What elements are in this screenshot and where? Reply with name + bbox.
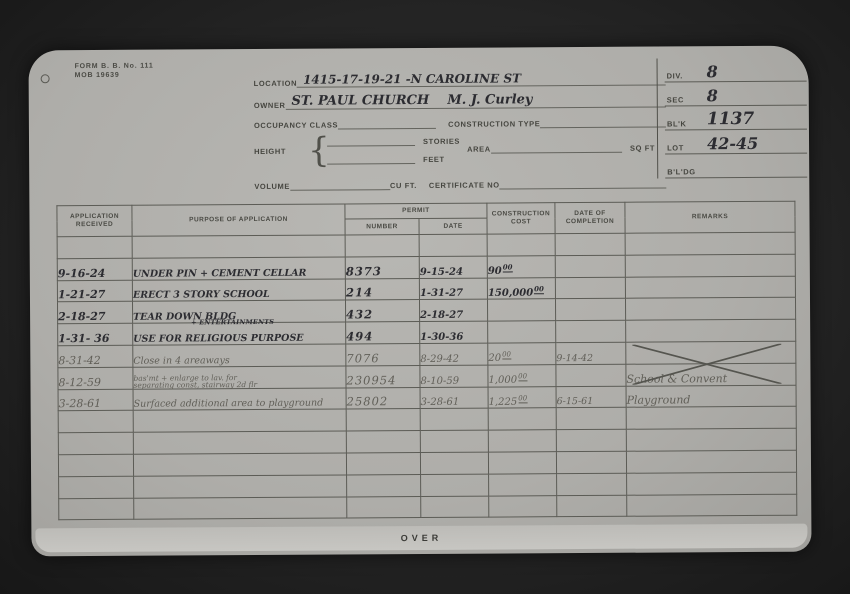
cost-cents: 00 — [518, 394, 527, 403]
volume-underline — [290, 175, 390, 191]
cell-construction-cost — [488, 321, 556, 343]
cell-application-received: 9-16-24 — [57, 258, 132, 280]
cell-construction-cost — [488, 452, 556, 474]
owner-row: OWNER ST. PAUL CHURCH M. J. Curley — [254, 90, 666, 110]
cell-remarks — [625, 276, 795, 299]
header-permit: PERMIT — [345, 203, 487, 219]
cell-date-of-completion: 9-14-42 — [556, 342, 626, 364]
cell-date-of-completion — [556, 320, 626, 342]
permit-table-body: 9-16-24 UNDER PIN + CEMENT CELLAR 8373 9… — [57, 232, 797, 520]
location-row: LOCATION 1415-17-19-21 -N CAROLINE ST — [254, 68, 666, 88]
certificate-no-label: CERTIFICATE NO — [429, 181, 500, 190]
cost-dollars: 90 — [488, 266, 502, 277]
certificate-no-underline — [500, 173, 667, 189]
owner-label: OWNER — [254, 101, 286, 110]
permit-table-row — [59, 494, 797, 520]
cost-cents: 00 — [503, 263, 513, 273]
area-label: AREA — [467, 145, 491, 154]
purpose-text-line2 — [134, 518, 346, 519]
over-strip: OVER — [35, 524, 807, 553]
cell-remarks — [625, 254, 795, 277]
cell-date-of-completion — [555, 255, 625, 277]
cell-date-of-completion — [556, 451, 626, 473]
cost-dollars: 20 — [488, 353, 501, 364]
cell-construction-cost: 2000 — [488, 343, 556, 365]
cell-purpose: ERECT 3 STORY SCHOOL — [132, 279, 345, 302]
cell-application-received — [57, 236, 132, 258]
stories-row: STORIES — [327, 132, 487, 147]
cell-date-of-completion — [556, 364, 626, 386]
cell-application-received — [59, 498, 134, 520]
cell-permit-number: 8373 — [345, 256, 419, 278]
cell-construction-cost — [488, 408, 556, 430]
cost-dollars: 1,225 — [489, 397, 518, 408]
lot-label: LOT — [667, 143, 684, 152]
cell-construction-cost — [488, 430, 556, 452]
cell-purpose: UNDER PIN + CEMENT CELLAR — [132, 257, 345, 280]
cell-date-of-completion — [557, 473, 627, 495]
occupancy-class-label: OCCUPANCY CLASS — [254, 120, 338, 130]
cell-permit-date: 8-10-59 — [420, 365, 488, 387]
cell-construction-cost — [489, 495, 557, 517]
header-application-received: APPLICATION RECEIVED — [57, 205, 132, 236]
stories-label: STORIES — [423, 137, 460, 146]
form-number-line2: MOB 19639 — [75, 71, 154, 80]
cell-permit-date: 8-29-42 — [420, 343, 488, 365]
cell-purpose: Surfaced additional area to playground — [133, 388, 346, 411]
cell-permit-date: 9-15-24 — [419, 256, 487, 278]
cell-date-of-completion — [556, 408, 626, 430]
cell-permit-number — [346, 409, 420, 431]
cell-construction-cost — [487, 234, 555, 256]
cell-construction-cost — [487, 299, 555, 321]
permit-history-table: APPLICATION RECEIVED PURPOSE OF APPLICAT… — [56, 201, 797, 521]
header-purpose: PURPOSE OF APPLICATION — [132, 204, 345, 236]
cell-purpose: + ENTERTAINMENTS USE FOR RELIGIOUS PURPO… — [133, 322, 346, 345]
cell-permit-date: 1-31-27 — [419, 278, 487, 300]
feet-underline — [327, 149, 415, 165]
header-remarks: REMARKS — [625, 201, 795, 233]
header-construction-cost: CONSTRUCTION COST — [487, 203, 555, 234]
owner-underline: ST. PAUL CHURCH M. J. Curley — [285, 89, 665, 109]
cell-date-of-completion — [557, 495, 627, 517]
cell-application-received: 8-12-59 — [58, 367, 133, 389]
cell-permit-number — [346, 431, 420, 453]
div-value: 8 — [707, 62, 718, 81]
cell-application-received: 8-31-42 — [58, 345, 133, 367]
form-number: FORM B. B. No. 111 MOB 19639 — [75, 62, 154, 80]
cell-purpose — [132, 235, 345, 258]
purpose-insert-note: + ENTERTAINMENTS — [191, 318, 274, 327]
purpose-text: Close in 4 areaways — [133, 355, 229, 367]
cell-permit-date — [420, 452, 488, 474]
cell-permit-number: 494 — [346, 322, 420, 344]
parcel-row-lot: LOT 42-45 — [665, 130, 807, 155]
cell-application-received — [59, 476, 134, 498]
cell-remarks — [627, 472, 797, 495]
cell-purpose — [133, 409, 346, 432]
bldg-label: B'L'DG — [667, 167, 695, 176]
blk-value: 1137 — [707, 109, 754, 129]
punch-hole-mark — [41, 74, 50, 83]
construction-type-label: CONSTRUCTION TYPE — [448, 119, 540, 129]
cell-date-of-completion — [555, 299, 625, 321]
cell-application-received: 1-31- 36 — [58, 323, 133, 345]
cell-application-received — [58, 432, 133, 454]
cell-permit-date: 2-18-27 — [419, 299, 487, 321]
purpose-text: Surfaced additional area to playground — [134, 398, 324, 410]
cell-permit-number: 214 — [345, 278, 419, 300]
cell-remarks: School & Convent — [626, 363, 796, 386]
cell-date-of-completion — [556, 429, 626, 451]
volume-row: VOLUME CU FT. CERTIFICATE NO — [254, 174, 666, 191]
construction-type-underline — [540, 113, 666, 128]
cell-remarks — [625, 298, 795, 321]
cell-permit-number: 230954 — [346, 365, 420, 387]
cell-permit-number: 7076 — [346, 343, 420, 365]
parcel-row-div: DIV. 8 — [665, 58, 807, 83]
header-permit-number: NUMBER — [345, 219, 419, 235]
cell-permit-number: 25802 — [346, 387, 420, 409]
cell-remarks — [626, 319, 796, 342]
location-underline: 1415-17-19-21 -N CAROLINE ST — [297, 67, 666, 87]
cell-permit-number: 432 — [345, 300, 419, 322]
feet-label: FEET — [423, 155, 445, 164]
cost-cents: 00 — [518, 373, 527, 382]
cell-permit-date — [421, 496, 489, 518]
blk-label: BL'K — [667, 119, 687, 128]
div-label: DIV. — [667, 71, 683, 80]
cost-cents: 00 — [534, 284, 544, 294]
cell-application-received — [58, 454, 133, 476]
cell-permit-number — [345, 235, 419, 257]
permit-record-card: FORM B. B. No. 111 MOB 19639 LOCATION 14… — [28, 46, 811, 557]
owner-value: ST. PAUL CHURCH M. J. Curley — [285, 92, 532, 109]
parcel-row-bldg: B'L'DG — [665, 154, 807, 179]
feet-row: FEET — [327, 150, 487, 165]
cell-remarks — [626, 341, 796, 364]
cell-construction-cost — [489, 473, 557, 495]
sq-ft-label: SQ FT — [630, 144, 655, 153]
height-label: HEIGHT — [254, 147, 286, 156]
cell-date-of-completion — [555, 233, 625, 255]
cell-permit-number — [347, 474, 421, 496]
cell-construction-cost: 1,22500 — [488, 386, 556, 408]
cell-purpose — [134, 497, 347, 520]
cell-application-received — [58, 411, 133, 433]
location-value: 1415-17-19-21 -N CAROLINE ST — [297, 71, 521, 86]
sec-value: 8 — [707, 86, 718, 105]
cell-permit-date — [419, 234, 487, 256]
header-permit-date: DATE — [419, 218, 487, 234]
cell-permit-date — [421, 474, 489, 496]
cell-permit-number — [347, 496, 421, 518]
cell-date-of-completion — [555, 277, 625, 299]
cell-remarks — [626, 407, 796, 430]
header-date-of-completion: DATE OF COMPLETION — [555, 202, 625, 233]
cell-purpose — [133, 453, 346, 476]
cell-remarks — [627, 494, 797, 517]
occupancy-underline — [338, 115, 436, 130]
cell-application-received: 1-21-27 — [57, 280, 132, 302]
cell-application-received: 2-18-27 — [57, 302, 132, 324]
parcel-row-blk: BL'K 1137 — [665, 106, 807, 131]
cost-dollars: 1,000 — [488, 375, 517, 386]
cell-purpose — [134, 475, 347, 498]
purpose-text: USE FOR RELIGIOUS PURPOSE — [133, 333, 303, 345]
cell-permit-date: 1-30-36 — [420, 321, 488, 343]
cell-remarks — [626, 450, 796, 473]
permit-table-row: 8-12-59 bas'mt + enlarge to lav. for sep… — [58, 363, 796, 389]
lot-value: 42-45 — [707, 134, 758, 153]
cell-permit-number — [346, 452, 420, 474]
cell-purpose — [133, 431, 346, 454]
photo-background: FORM B. B. No. 111 MOB 19639 LOCATION 14… — [0, 0, 850, 594]
form-number-line1: FORM B. B. No. 111 — [75, 62, 154, 71]
cu-ft-label: CU FT. — [390, 181, 417, 190]
cell-remarks: Playground — [626, 385, 796, 408]
occupancy-row: OCCUPANCY CLASS CONSTRUCTION TYPE — [254, 114, 666, 130]
cell-remarks — [626, 428, 796, 451]
cell-remarks — [625, 232, 795, 255]
cell-construction-cost: 9000 — [487, 255, 555, 277]
cell-permit-date: 3-28-61 — [420, 387, 488, 409]
parcel-row-sec: SEC 8 — [665, 82, 807, 107]
cell-purpose: Close in 4 areaways — [133, 344, 346, 367]
area-underline — [491, 138, 622, 154]
cost-dollars: 150,000 — [488, 288, 533, 299]
cell-date-of-completion: 6-15-61 — [556, 386, 626, 408]
cell-purpose: bas'mt + enlarge to lav. for separating … — [133, 366, 346, 389]
cost-cents: 00 — [502, 351, 511, 360]
volume-label: VOLUME — [254, 182, 290, 191]
cell-application-received: 3-28-61 — [58, 389, 133, 411]
purpose-text: UNDER PIN + CEMENT CELLAR — [133, 267, 307, 279]
cell-permit-date — [420, 430, 488, 452]
sec-label: SEC — [667, 95, 684, 104]
purpose-text: ERECT 3 STORY SCHOOL — [133, 289, 270, 301]
cell-construction-cost: 150,00000 — [487, 277, 555, 299]
cell-construction-cost: 1,00000 — [488, 364, 556, 386]
over-label: OVER — [401, 533, 443, 543]
parcel-id-box: DIV. 8 SEC 8 BL'K 1137 LOT 42-45 B'L'DG — [657, 58, 808, 179]
area-row: AREA SQ FT — [467, 139, 655, 154]
permit-table-header: APPLICATION RECEIVED PURPOSE OF APPLICAT… — [57, 201, 795, 237]
stories-underline — [327, 131, 415, 147]
location-label: LOCATION — [254, 79, 297, 88]
cell-permit-date — [420, 408, 488, 430]
